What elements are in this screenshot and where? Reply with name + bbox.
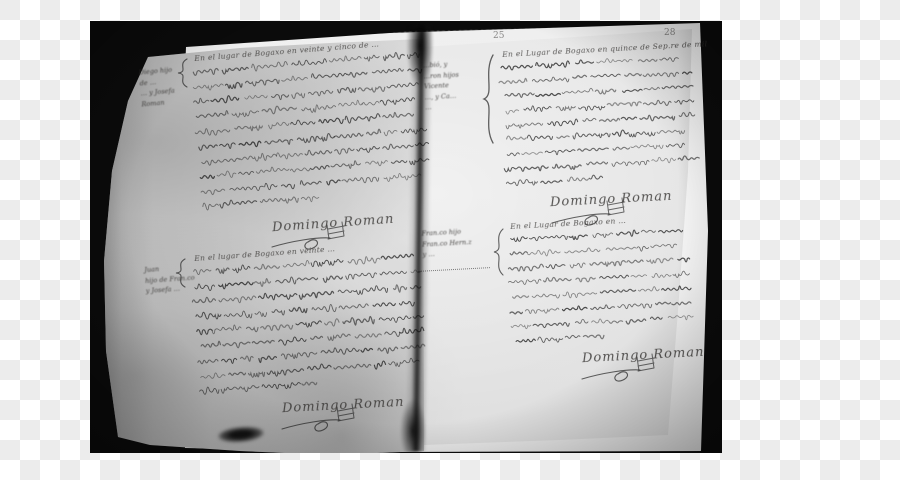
gutter-shadow-bottom xyxy=(400,399,426,453)
gutter-shadow-top xyxy=(406,27,434,89)
manuscript-photo: 25 28 Diego hijode …… y JosefaRoman En e… xyxy=(90,21,722,453)
transparent-canvas: 25 28 Diego hijode …… y JosefaRoman En e… xyxy=(0,0,900,480)
